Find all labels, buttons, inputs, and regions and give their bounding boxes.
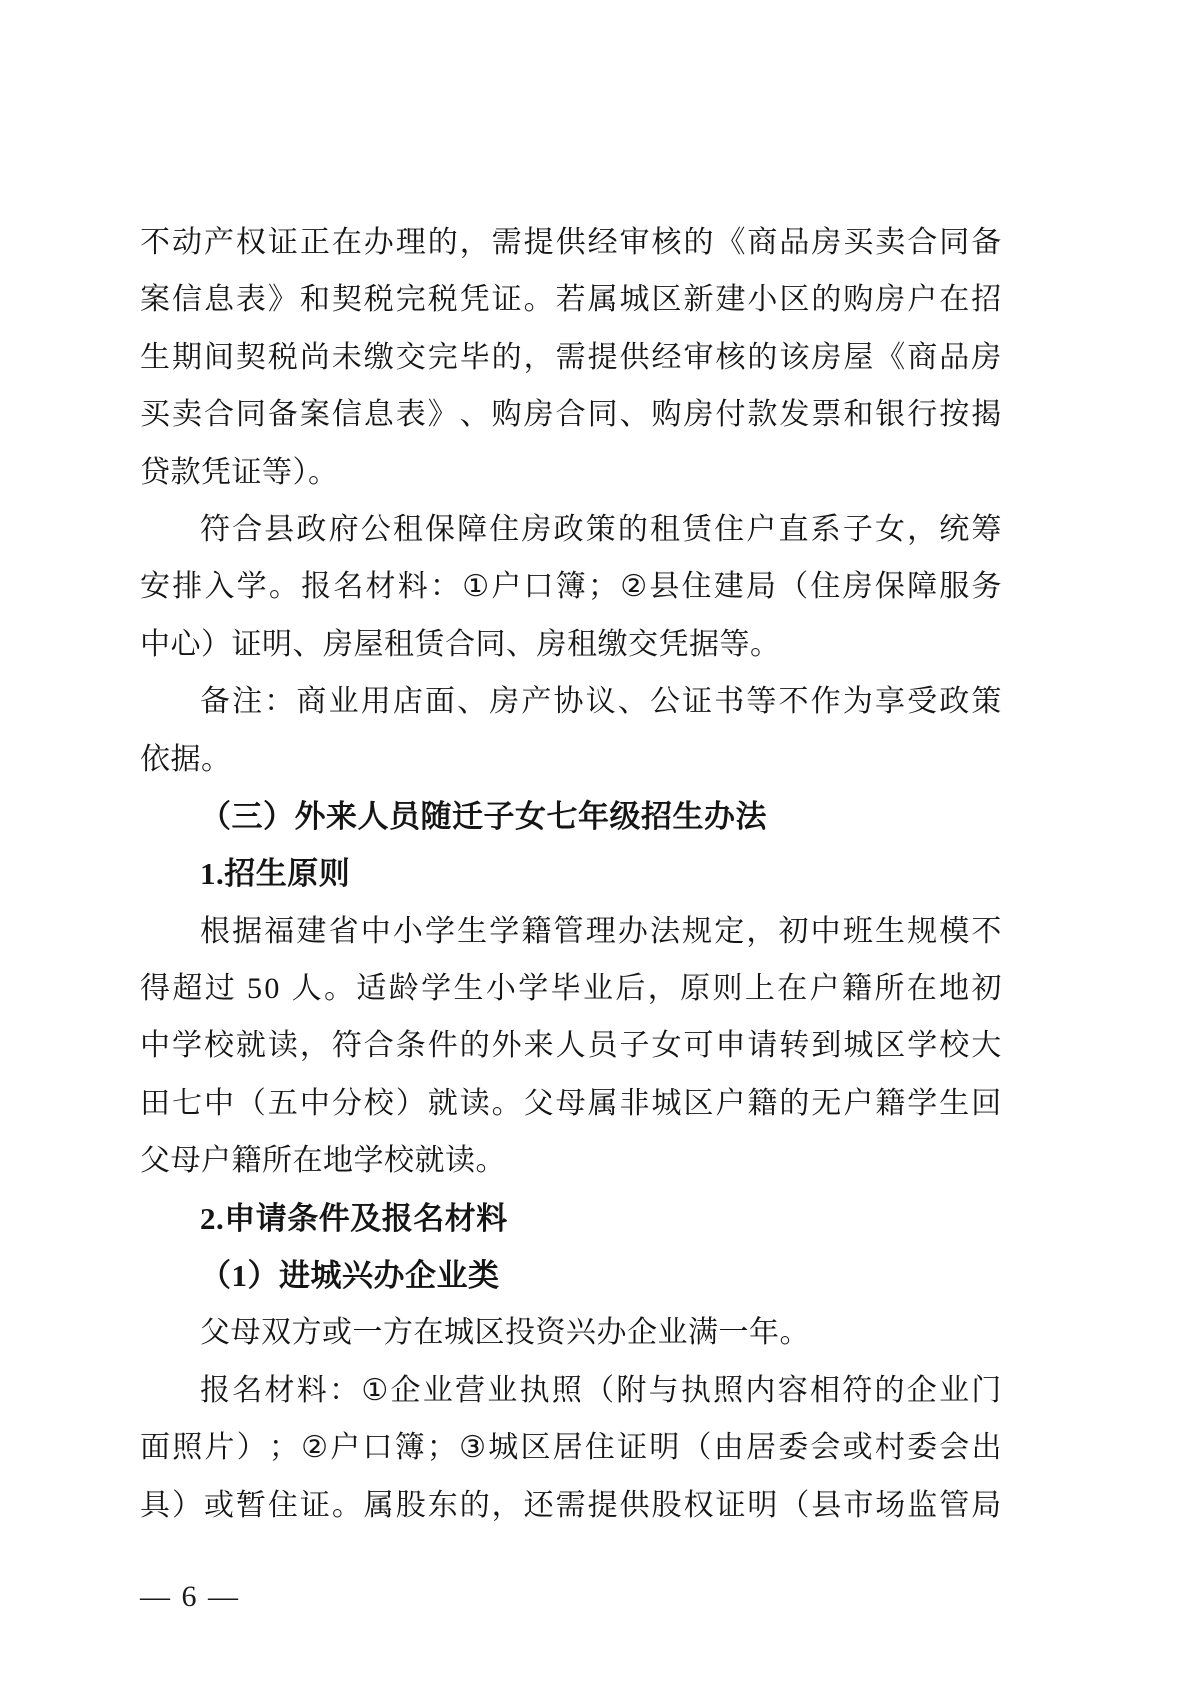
text-line: （三）外来人员随迁子女七年级招生办法 (140, 788, 1002, 845)
text-line: 中心）证明、房屋租赁合同、房租缴交凭据等。 (140, 616, 1002, 673)
heading-application-conditions: 2.申请条件及报名材料 (140, 1190, 1002, 1247)
text-line: 根据福建省中小学生学籍管理办法规定，初中班生规模不 (140, 903, 1002, 960)
text-line: 具）或暂住证。属股东的，还需提供股权证明（县市场监管局 (140, 1477, 1002, 1534)
text-line: 1.招生原则 (140, 845, 1002, 902)
paragraph-enterprise-materials: 报名材料：①企业营业执照（附与执照内容相符的企业门面照片）；②户口簿；③城区居住… (140, 1362, 1002, 1534)
text-line: 2.申请条件及报名材料 (140, 1190, 1002, 1247)
text-line: 田七中（五中分校）就读。父母属非城区户籍的无户籍学生回 (140, 1075, 1002, 1132)
text-line: 生期间契税尚未缴交完毕的，需提供经审核的该房屋《商品房 (140, 329, 1002, 386)
paragraph-enterprise-condition: 父母双方或一方在城区投资兴办企业满一年。 (140, 1304, 1002, 1361)
text-line: 案信息表》和契税完税凭证。若属城区新建小区的购房户在招 (140, 271, 1002, 328)
paragraph-public-rental-housing: 符合县政府公租保障住房政策的租赁住户直系子女，统筹安排入学。报名材料：①户口簿；… (140, 501, 1002, 673)
text-line: 父母双方或一方在城区投资兴办企业满一年。 (140, 1304, 1002, 1361)
text-line: （1）进城兴办企业类 (140, 1247, 1002, 1304)
page-number: — 6 — (140, 1580, 240, 1613)
paragraph-enrollment-principle: 根据福建省中小学生学籍管理办法规定，初中班生规模不得超过 50 人。适龄学生小学… (140, 903, 1002, 1190)
text-line: 买卖合同备案信息表》、购房合同、购房付款发票和银行按揭 (140, 386, 1002, 443)
heading-enterprise-category: （1）进城兴办企业类 (140, 1247, 1002, 1304)
text-line: 父母户籍所在地学校就读。 (140, 1132, 1002, 1189)
document-page: 不动产权证正在办理的，需提供经审核的《商品房买卖合同备案信息表》和契税完税凭证。… (0, 0, 1200, 1707)
text-line: 备注：商业用店面、房产协议、公证书等不作为享受政策 (140, 673, 1002, 730)
text-line: 贷款凭证等）。 (140, 444, 1002, 501)
heading-section-3: （三）外来人员随迁子女七年级招生办法 (140, 788, 1002, 845)
paragraph-note: 备注：商业用店面、房产协议、公证书等不作为享受政策依据。 (140, 673, 1002, 788)
text-line: 安排入学。报名材料：①户口簿；②县住建局（住房保障服务 (140, 558, 1002, 615)
heading-enrollment-principle: 1.招生原则 (140, 845, 1002, 902)
text-line: 面照片）；②户口簿；③城区居住证明（由居委会或村委会出 (140, 1419, 1002, 1476)
text-line: 依据。 (140, 731, 1002, 788)
text-line: 不动产权证正在办理的，需提供经审核的《商品房买卖合同备 (140, 214, 1002, 271)
page-footer: — 6 — (140, 1580, 240, 1614)
paragraph-property-certificate: 不动产权证正在办理的，需提供经审核的《商品房买卖合同备案信息表》和契税完税凭证。… (140, 214, 1002, 501)
text-line: 中学校就读，符合条件的外来人员子女可申请转到城区学校大 (140, 1017, 1002, 1074)
text-line: 得超过 50 人。适龄学生小学毕业后，原则上在户籍所在地初 (140, 960, 1002, 1017)
text-line: 报名材料：①企业营业执照（附与执照内容相符的企业门 (140, 1362, 1002, 1419)
text-line: 符合县政府公租保障住房政策的租赁住户直系子女，统筹 (140, 501, 1002, 558)
document-body: 不动产权证正在办理的，需提供经审核的《商品房买卖合同备案信息表》和契税完税凭证。… (140, 214, 1002, 1534)
